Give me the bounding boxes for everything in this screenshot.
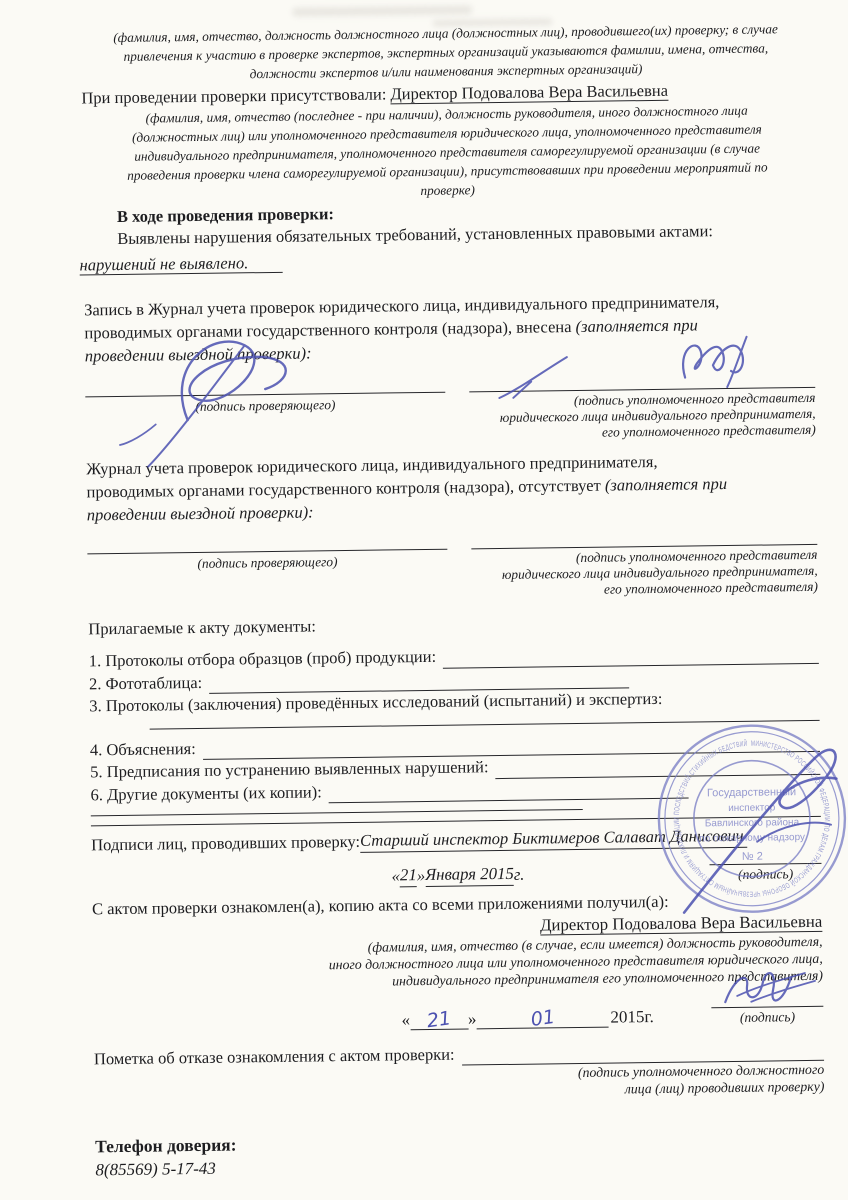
present-value: Директор Подовалова Вера Васильевна (390, 81, 668, 105)
present-label: При проведении проверки присутствовали: (81, 84, 390, 107)
footer: Телефон доверия: 8(85569) 5-17-43 (95, 1125, 826, 1183)
handwritten-day-field: 21 (410, 1005, 468, 1030)
findings-result-text: нарушений не выявлено. (79, 253, 282, 276)
signature-row-journal-entry: (подпись проверяющего) (подпись уполномо… (85, 368, 816, 448)
refusal-label: Пометка об отказе ознакомления с актом п… (94, 1044, 455, 1071)
representative-signature-scribble (669, 330, 780, 393)
scanned-act-page: (фамилия, имя, отчество, должность должн… (0, 0, 848, 1200)
acknowledgment-date-row: « 21 » 01 2015г. (подпись) (93, 991, 823, 1035)
handwritten-month-field: 01 (476, 1004, 608, 1030)
note-present-persons: (фамилия, имя, отчество (последнее - при… (82, 100, 813, 205)
inspector-signature-area-2: (подпись проверяющего) (87, 530, 448, 605)
handwritten-day: 21 (426, 1007, 453, 1032)
attachments-heading: Прилагаемые к акту документы: (88, 609, 818, 641)
acknowledgment-note: (фамилия, имя, отчество (в случае, если … (92, 933, 823, 994)
attachment-label: 1. Протоколы отбора образцов (проб) прод… (89, 646, 437, 673)
attachment-label: 6. Другие документы (их копии): (90, 781, 322, 807)
inspector-signature-over-stamp (660, 728, 848, 920)
attachment-label: 4. Объяснения: (90, 738, 196, 762)
field-line-other-docs (329, 781, 689, 804)
date-month-year: Января 2015 (425, 863, 514, 887)
representative-signature-area-2: (подпись уполномоченного представителя ю… (471, 525, 818, 600)
inspector-signature-caption-2: (подпись проверяющего) (87, 552, 447, 575)
year-label: 2015г. (610, 1007, 654, 1028)
findings-result: нарушений не выявлено. (79, 245, 813, 277)
inspector-signature-area: (подпись проверяющего) (85, 373, 446, 448)
inspector-signature-scribble (94, 321, 396, 475)
acknowledgment-sign-cell: (подпись) (711, 991, 823, 1026)
date-suffix: г. (514, 864, 525, 886)
quote-open: « (391, 865, 400, 887)
representative-check-mark (489, 353, 590, 404)
handwritten-month: 01 (529, 1006, 556, 1031)
quote-close: » (468, 1009, 477, 1029)
quote-close: » (417, 865, 426, 887)
inspector-signature-line-2 (87, 530, 447, 555)
representative-signature-line-2 (471, 525, 817, 550)
representative-signature-caption-2: (подпись уполномоченного представителя ю… (471, 547, 818, 600)
representative-signature-area: (подпись уполномоченного представителя ю… (469, 368, 816, 443)
attachment-label: 2. Фототаблица: (89, 671, 202, 695)
signers-label: Подписи лиц, проводивших проверку: (91, 830, 360, 857)
quote-open: « (401, 1010, 410, 1030)
note-inspectors: (фамилия, имя, отчество, должность должн… (80, 19, 811, 86)
signature-row-journal-absent: (подпись проверяющего) (подпись уполномо… (87, 525, 818, 605)
date-day: 21 (400, 864, 417, 887)
acknowledgment-signature-scribble (715, 965, 826, 1012)
